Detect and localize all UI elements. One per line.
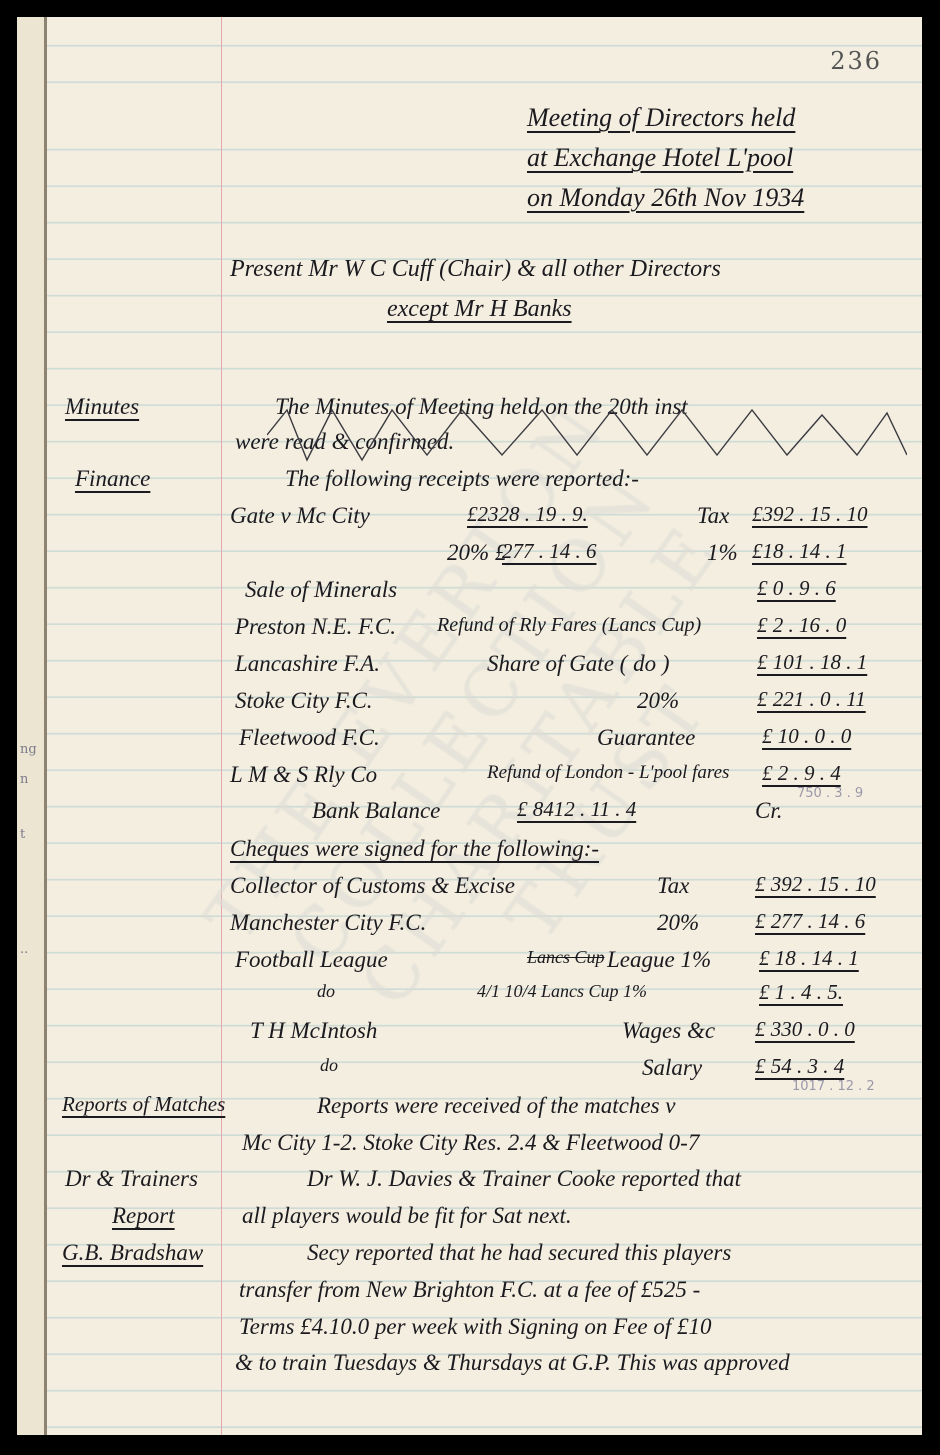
- receipt-item: Preston N.E. F.C.: [235, 615, 396, 638]
- trainers-report-text-2: all players would be fit for Sat next.: [242, 1204, 572, 1227]
- reports-text-2: Mc City 1-2. Stoke City Res. 2.4 & Fleet…: [242, 1131, 699, 1154]
- receipt-amount: £ 10 . 0 . 0: [762, 726, 851, 747]
- bank-balance-label: Bank Balance: [312, 799, 440, 822]
- receipt-item: Lancashire F.A.: [235, 652, 380, 675]
- cheque-amount: £ 1 . 4 . 5.: [759, 982, 843, 1003]
- cheque-amount: £ 54 . 3 . 4: [755, 1056, 844, 1077]
- pencil-note: 750 . 3 . 9: [797, 787, 863, 800]
- bradshaw-text-2: transfer from New Brighton F.C. at a fee…: [239, 1278, 700, 1301]
- prev-page-fragment: t: [20, 827, 25, 842]
- minutes-label: Minutes: [65, 395, 139, 418]
- cheque-payee: do: [317, 982, 335, 1000]
- receipt-note: Share of Gate ( do ): [487, 652, 669, 675]
- reports-text-1: Reports were received of the matches v: [317, 1094, 676, 1117]
- cheque-note: Wages &c: [622, 1019, 715, 1042]
- receipt-item: Stoke City F.C.: [235, 689, 373, 712]
- receipt-note: Guarantee: [597, 726, 695, 749]
- cheque-note: 4/1 10/4 Lancs Cup 1%: [477, 982, 647, 1000]
- reports-of-matches-label: Reports of Matches: [62, 1094, 225, 1115]
- heading-line-2: at Exchange Hotel L'pool: [527, 145, 793, 171]
- receipt-amount: £ 2 . 16 . 0: [757, 615, 846, 636]
- receipt-note: 20% £: [447, 541, 506, 564]
- receipt-sub-label: Tax: [697, 504, 729, 527]
- receipt-sub-amount: £392 . 15 . 10: [752, 504, 868, 525]
- page-number: 236: [830, 47, 882, 75]
- bradshaw-text-3: Terms £4.10.0 per week with Signing on F…: [239, 1315, 712, 1338]
- prev-page-fragment: n: [20, 772, 28, 787]
- pencil-note: 1017 . 12 . 2: [792, 1080, 875, 1093]
- prev-page-fragment: ng: [20, 742, 37, 757]
- cheques-intro: Cheques were signed for the following:-: [230, 837, 599, 860]
- cheque-struck-text: Lancs Cup: [527, 948, 605, 966]
- bradshaw-text-1: Secy reported that he had secured this p…: [307, 1241, 731, 1264]
- receipt-sub-amount: £18 . 14 . 1: [752, 541, 847, 562]
- receipt-item: Gate v Mc City: [230, 504, 370, 527]
- cheque-payee: Football League: [235, 948, 388, 971]
- receipt-amount: 277 . 14 . 6: [502, 541, 597, 562]
- receipt-amount: £ 0 . 9 . 6: [757, 578, 836, 599]
- cheque-payee: T H McIntosh: [250, 1019, 377, 1042]
- ledger-page: ng n t .. THE EVERTON COLLECTION CHARITA…: [17, 17, 922, 1435]
- receipt-amount: £ 221 . 0 . 11: [757, 689, 866, 710]
- bank-balance-amount: £ 8412 . 11 . 4: [517, 799, 636, 820]
- cheque-amount: £ 330 . 0 . 0: [755, 1019, 855, 1040]
- cheque-payee: Collector of Customs & Excise: [230, 874, 515, 897]
- cheque-note: Salary: [642, 1056, 702, 1079]
- cheque-note: Tax: [657, 874, 689, 897]
- cheque-payee: do: [320, 1056, 338, 1074]
- bank-balance-suffix: Cr.: [755, 799, 783, 822]
- heading-line-3: on Monday 26th Nov 1934: [527, 185, 804, 211]
- strike-through-scribble: [267, 405, 907, 465]
- cheque-payee: Manchester City F.C.: [230, 911, 426, 934]
- trainers-report-label-1: Dr & Trainers: [65, 1167, 198, 1190]
- receipt-amount: £2328 . 19 . 9.: [467, 504, 588, 525]
- receipt-item: Sale of Minerals: [245, 578, 397, 601]
- heading-line-1: Meeting of Directors held: [527, 105, 795, 131]
- receipt-amount: £ 101 . 18 . 1: [757, 652, 867, 673]
- attendance-line-2: except Mr H Banks: [387, 297, 572, 321]
- cheque-amount: £ 18 . 14 . 1: [759, 948, 859, 969]
- margin-rule: [221, 17, 222, 1435]
- attendance-line-1: Present Mr W C Cuff (Chair) & all other …: [230, 257, 721, 281]
- receipt-note: Refund of Rly Fares (Lancs Cup): [437, 615, 701, 635]
- finance-label: Finance: [75, 467, 150, 490]
- receipt-item: Fleetwood F.C.: [239, 726, 380, 749]
- prev-page-fragment: ..: [20, 942, 28, 957]
- receipt-item: L M & S Rly Co: [230, 763, 377, 786]
- previous-page-edge: ng n t ..: [17, 17, 47, 1435]
- cheque-amount: £ 392 . 15 . 10: [755, 874, 876, 895]
- cheque-note: 20%: [657, 911, 699, 934]
- bradshaw-text-4: & to train Tuesdays & Thursdays at G.P. …: [235, 1351, 790, 1374]
- finance-intro: The following receipts were reported:-: [285, 467, 639, 490]
- cheque-note: League 1%: [607, 948, 711, 971]
- trainers-report-label-2: Report: [112, 1204, 175, 1227]
- receipt-sub-label: 1%: [707, 541, 738, 564]
- receipt-amount: £ 2 . 9 . 4: [762, 763, 841, 784]
- trainers-report-text-1: Dr W. J. Davies & Trainer Cooke reported…: [307, 1167, 741, 1190]
- receipt-note: 20%: [637, 689, 679, 712]
- receipt-note: Refund of London - L'pool fares: [487, 763, 729, 782]
- bradshaw-label: G.B. Bradshaw: [62, 1241, 203, 1264]
- cheque-amount: £ 277 . 14 . 6: [755, 911, 865, 932]
